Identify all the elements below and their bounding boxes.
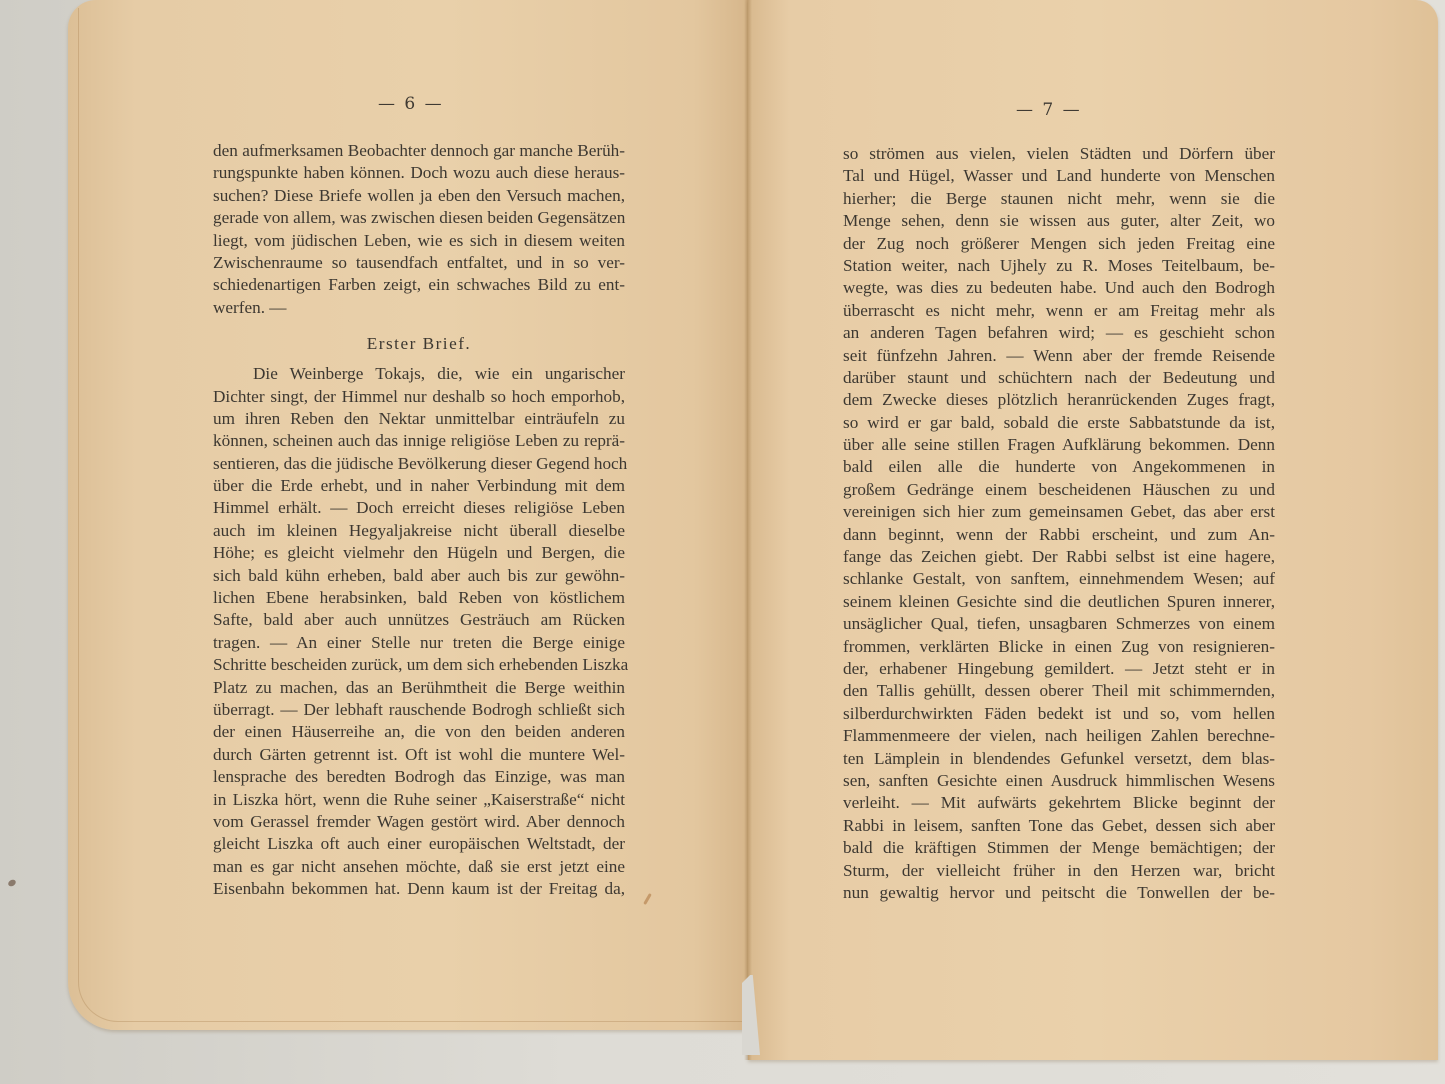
text-line: sen, sanften Gesichte einen Ausdruck him… (843, 770, 1275, 792)
text-line: den Tallis gehüllt, dessen oberer Theil … (843, 680, 1275, 702)
text-line: großem Gedränge einem bescheidenen Häusc… (843, 479, 1275, 501)
text-line: Sturm, der vielleicht früher in den Herz… (843, 860, 1275, 882)
text-line: an anderen Tagen befahren wird; — es ges… (843, 322, 1275, 344)
text-line: Höhe; es gleicht vielmehr den Hügeln und… (213, 542, 625, 564)
text-line: der, erhabener Hingebung gemildert. — Je… (843, 658, 1275, 680)
text-line: Station weiter, nach Ujhely zu R. Moses … (843, 255, 1275, 277)
text-line: überragt. — Der lebhaft rauschende Bodro… (213, 699, 625, 721)
text-line: Rabbi in leisem, sanften Tone das Gebet,… (843, 815, 1275, 837)
text-line: Himmel erhält. — Doch erreicht dieses re… (213, 497, 625, 519)
text-line: ten Lämplein in blendendes Gefunkel vers… (843, 748, 1275, 770)
text-line: über die Erde erhebt, und in naher Verbi… (213, 475, 625, 497)
text-line: um ihren Reben den Nektar unmittelbar ei… (213, 408, 625, 430)
text-line: vereinigen sich hier zum gemeinsamen Geb… (843, 501, 1275, 523)
text-line: dem Zwecke dieses plötzlich heranrückend… (843, 389, 1275, 411)
text-line: hierher; die Berge staunen nicht mehr, w… (843, 188, 1275, 210)
page-number-left: — 6 — (378, 94, 444, 114)
text-line: gleicht Liszka oft auch einer europäisch… (213, 833, 625, 855)
text-line: der einen Häuserreihe an, die von den be… (213, 721, 625, 743)
text-line: schiedenartigen Farben zeigt, ein schwac… (213, 274, 625, 296)
text-line: der Zug noch größerer Mengen sich jeden … (843, 233, 1275, 255)
text-line: werfen. — (213, 297, 625, 319)
text-line: in Liszka hört, wenn die Ruhe seiner „Ka… (213, 789, 625, 811)
text-line: Die Weinberge Tokajs, die, wie ein ungar… (213, 363, 625, 385)
text-line: können, scheinen auch das innige religiö… (213, 430, 625, 452)
text-line: Zwischenraume so tausendfach entfaltet, … (213, 252, 625, 274)
left-page-text: den aufmerksamen Beobachter dennoch gar … (213, 140, 625, 901)
text-line: liegt, vom jüdischen Leben, wie es sich … (213, 230, 625, 252)
text-line: sich bald kühn erheben, bald aber auch b… (213, 565, 625, 587)
text-line: Tal und Hügel, Wasser und Land hunderte … (843, 165, 1275, 187)
text-line: suchen? Diese Briefe wollen ja eben den … (213, 185, 625, 207)
text-line: Safte, bald aber auch unnützes Gesträuch… (213, 609, 625, 631)
text-line: fange das Zeichen giebt. Der Rabbi selbs… (843, 546, 1275, 568)
text-line: überrascht es nicht mehr, wenn er am Fre… (843, 300, 1275, 322)
text-line: dann beginnt, wenn der Rabbi erscheint, … (843, 524, 1275, 546)
right-page-text: so strömen aus vielen, vielen Städten un… (843, 143, 1275, 904)
text-line: Platz zu machen, das an Berühmtheit die … (213, 677, 625, 699)
text-line: auch im kleinen Hegyaljakreise nicht übe… (213, 520, 625, 542)
text-line: Eisenbahn bekommen hat. Denn kaum ist de… (213, 878, 625, 900)
text-line: schlanke Gestalt, von sanftem, einnehmen… (843, 568, 1275, 590)
text-line: verleiht. — Mit aufwärts gekehrtem Blick… (843, 792, 1275, 814)
text-line: über alle seine stillen Fragen Aufklärun… (843, 434, 1275, 456)
text-line: gerade von allem, was zwischen diesen be… (213, 207, 625, 229)
text-line: lensprache des beredten Bodrogh das Einz… (213, 766, 625, 788)
text-line: seinem kleinen Gesichte sind die deutlic… (843, 591, 1275, 613)
text-line: tragen. — An einer Stelle nur treten die… (213, 632, 625, 654)
text-line: bald die kräftigen Stimmen der Menge bem… (843, 837, 1275, 859)
text-line: wegte, was dies zu bedeuten habe. Und au… (843, 277, 1275, 299)
chapter-heading: Erster Brief. (213, 327, 625, 361)
text-line: rungspunkte haben können. Doch wozu auch… (213, 162, 625, 184)
text-line: bald eilen alle die hunderte von Angekom… (843, 456, 1275, 478)
text-line: sentieren, das die jüdische Bevölkerung … (213, 453, 625, 475)
text-line: unsäglicher Qual, tiefen, unsagbaren Sch… (843, 613, 1275, 635)
text-line: Menge sehen, denn sie wissen aus guter, … (843, 210, 1275, 232)
text-line: man es gar nicht ansehen möchte, daß sie… (213, 856, 625, 878)
text-line: so strömen aus vielen, vielen Städten un… (843, 143, 1275, 165)
text-line: durch Gärten getrennt ist. Oft ist wohl … (213, 744, 625, 766)
book-gutter (744, 0, 752, 1060)
text-line: vom Gerassel fremder Wagen gestört wird.… (213, 811, 625, 833)
text-line: silberdurchwirkten Fäden bedekt ist und … (843, 703, 1275, 725)
page-number-right: — 7 — (1016, 100, 1082, 120)
text-line: nun gewaltig hervor und peitscht die Ton… (843, 882, 1275, 904)
text-line: lichen Ebene herabsinken, bald Reben von… (213, 587, 625, 609)
text-line: darüber staunt und schüchtern nach der B… (843, 367, 1275, 389)
text-line: Dichter singt, der Himmel nur deshalb so… (213, 386, 625, 408)
text-line: seit fünfzehn Jahren. — Wenn aber der fr… (843, 345, 1275, 367)
text-line: Flammenmeere der vielen, nach heiligen Z… (843, 725, 1275, 747)
text-line: frommen, verklärten Blicke in einen Zug … (843, 636, 1275, 658)
text-line: den aufmerksamen Beobachter dennoch gar … (213, 140, 625, 162)
text-line: Schritte bescheiden zurück, um dem sich … (213, 654, 625, 676)
text-line: so wird er gar bald, sobald die erste Sa… (843, 412, 1275, 434)
